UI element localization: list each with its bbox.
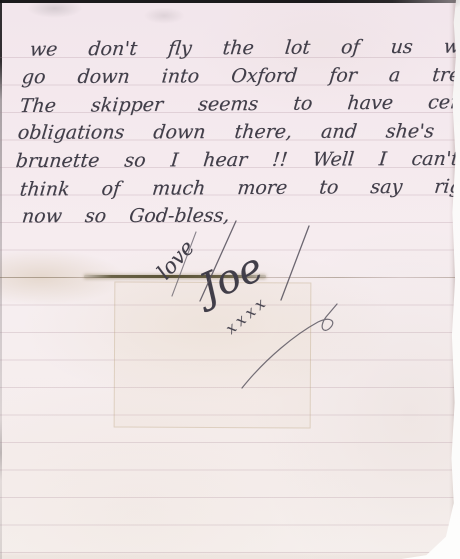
letter-line-7: now so God-bless,	[21, 205, 231, 228]
letter-page: we don't fly the lot of us will go down …	[0, 0, 456, 559]
scanned-letter-photo: we don't fly the lot of us will go down …	[0, 0, 460, 559]
letter-line-1: we don't fly the lot of us will	[29, 35, 460, 60]
letter-line-3: The skipper seems to have certain	[19, 91, 460, 117]
paper-edge-top	[0, 0, 456, 3]
letter-line-2: go down into Oxford for a treat!	[21, 64, 460, 88]
letter-line-5: brunette so I hear !! Well I can't	[15, 148, 460, 172]
letter-line-6: think of much more to say right	[19, 175, 460, 200]
letter-line-4: obligations down there, and she's a	[17, 120, 460, 144]
